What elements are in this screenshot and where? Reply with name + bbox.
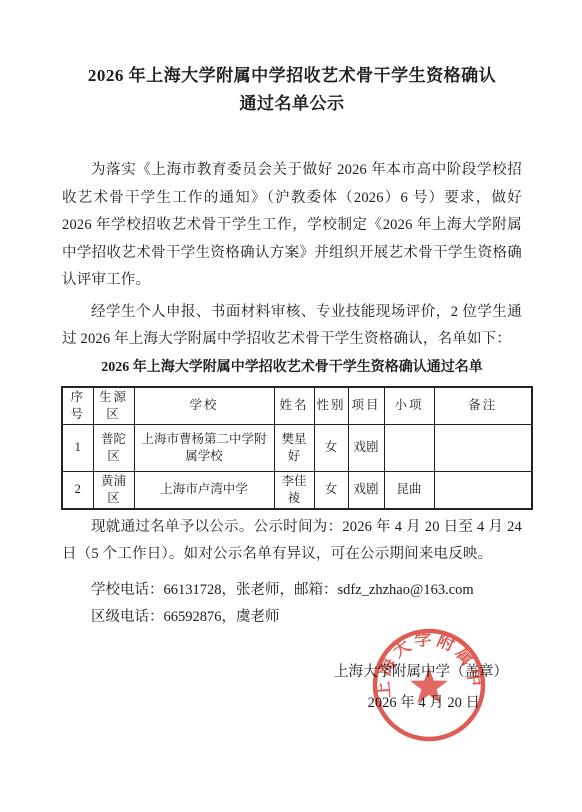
cell-category: 戏剧 (348, 471, 384, 509)
cell-remarks (434, 424, 532, 471)
header-seq: 序号 (62, 387, 93, 425)
header-name: 姓名 (274, 387, 314, 425)
cell-seq: 1 (62, 424, 93, 471)
contact-school-line: 学校电话：66131728，张老师，邮箱：sdfz_zhzhao@163.com (62, 577, 522, 605)
header-district: 生源区 (93, 387, 134, 425)
table-header-row: 序号 生源区 学校 姓名 性别 项目 小项 备注 (62, 387, 532, 425)
cell-subcategory: 昆曲 (384, 471, 434, 509)
signature-date: 2026 年 4 月 20 日 (62, 690, 522, 718)
document-title-line1: 2026 年上海大学附属中学招收艺术骨干学生资格确认 (62, 62, 522, 90)
header-subcategory: 小项 (384, 387, 434, 425)
cell-school: 上海市卢湾中学 (134, 471, 274, 509)
header-category: 项目 (348, 387, 384, 425)
cell-name: 樊星好 (274, 424, 314, 471)
cell-subcategory (384, 424, 434, 471)
cell-seq: 2 (62, 471, 93, 509)
roster-table-title: 2026 年上海大学附属中学招收艺术骨干学生资格确认通过名单 (62, 358, 522, 378)
cell-district: 普陀区 (93, 424, 134, 471)
cell-gender: 女 (314, 424, 348, 471)
cell-gender: 女 (314, 471, 348, 509)
table-row: 1 普陀区 上海市曹杨第二中学附属学校 樊星好 女 戏剧 (62, 424, 532, 471)
signature-org: 上海大学附属中学（盖章） (62, 659, 522, 687)
contact-info: 学校电话：66131728，张老师，邮箱：sdfz_zhzhao@163.com… (62, 577, 522, 632)
header-school: 学校 (134, 387, 274, 425)
roster-table: 序号 生源区 学校 姓名 性别 项目 小项 备注 1 普陀区 上海市曹杨第二中学… (61, 386, 533, 510)
cell-remarks (434, 471, 532, 509)
paragraph-policy-basis: 为落实《上海市教育委员会关于做好 2026 年本市高中阶段学校招收艺术骨干学生工… (62, 157, 522, 295)
cell-name: 李佳祾 (274, 471, 314, 509)
document-title-line2: 通过名单公示 (62, 90, 522, 118)
table-row: 2 黄浦区 上海市卢湾中学 李佳祾 女 戏剧 昆曲 (62, 471, 532, 509)
paragraph-publicity-period: 现就通过名单予以公示。公示时间为：2026 年 4 月 20 日至 4 月 24… (62, 514, 522, 569)
cell-school: 上海市曹杨第二中学附属学校 (134, 424, 274, 471)
paragraph-review-result: 经学生个人申报、书面材料审核、专业技能现场评价，2 位学生通过 2026 年上海… (62, 299, 522, 354)
cell-district: 黄浦区 (93, 471, 134, 509)
document-page: 2026 年上海大学附属中学招收艺术骨干学生资格确认 通过名单公示 为落实《上海… (0, 0, 582, 718)
header-remarks: 备注 (434, 387, 532, 425)
header-gender: 性别 (314, 387, 348, 425)
cell-category: 戏剧 (348, 424, 384, 471)
contact-district-line: 区级电话：66592876，虞老师 (62, 604, 522, 632)
document-title: 2026 年上海大学附属中学招收艺术骨干学生资格确认 通过名单公示 (62, 62, 522, 118)
